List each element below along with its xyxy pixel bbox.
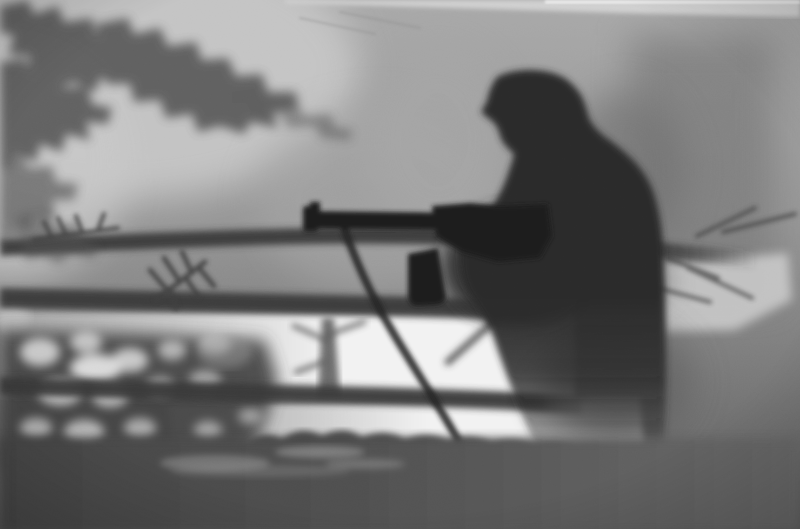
soldier-silhouette-photo <box>0 0 800 529</box>
photograph-frame <box>0 0 800 529</box>
vignette-overlay <box>0 0 800 529</box>
